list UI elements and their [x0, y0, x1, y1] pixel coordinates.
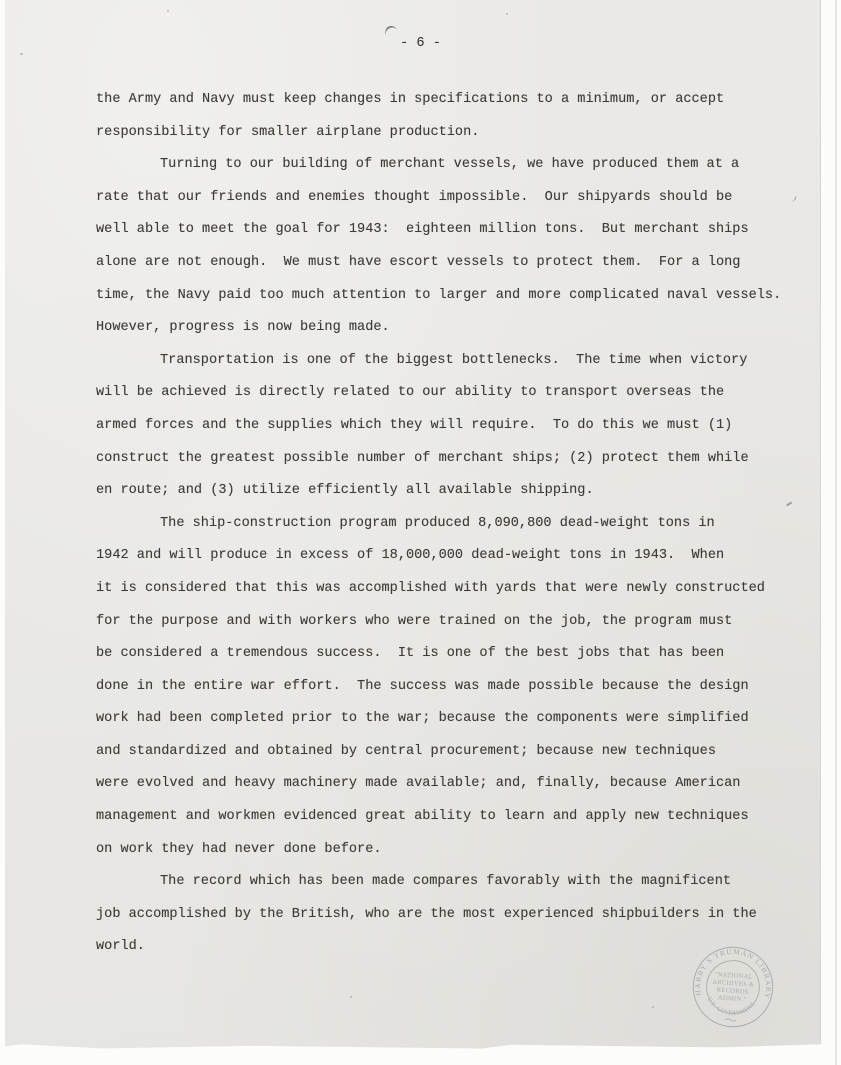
stamp-svg: HARRY S TRUMAN LIBRARY U.S. GOVERNMENT "… [685, 939, 781, 1035]
text-line: responsibility for smaller airplane prod… [96, 117, 806, 150]
text-line: on work they had never done before. [96, 834, 806, 867]
text-line: and standardized and obtained by central… [96, 736, 806, 769]
paper-speck [167, 10, 169, 12]
stamp-center-line: ADMIN." [718, 994, 747, 1003]
stamp-squiggle-mark [725, 1019, 737, 1021]
text-line: it is considered that this was accomplis… [96, 573, 806, 606]
text-line: will be achieved is directly related to … [96, 377, 806, 410]
text-line: well able to meet the goal for 1943: eig… [96, 214, 806, 247]
text-line: the Army and Navy must keep changes in s… [96, 84, 806, 117]
text-line: en route; and (3) utilize efficiently al… [96, 475, 806, 508]
text-line: time, the Navy paid too much attention t… [96, 280, 806, 313]
text-line: alone are not enough. We must have escor… [96, 247, 806, 280]
text-line: were evolved and heavy machinery made av… [96, 768, 806, 801]
paragraph: Transportation is one of the biggest bot… [96, 345, 806, 508]
document-body-text: the Army and Navy must keep changes in s… [96, 84, 806, 964]
paper-speck [652, 1006, 654, 1008]
text-line: work had been completed prior to the war… [96, 703, 806, 736]
text-line: Transportation is one of the biggest bot… [96, 345, 806, 378]
text-line: However, progress is now being made. [96, 312, 806, 345]
text-line: for the purpose and with workers who wer… [96, 606, 806, 639]
text-line: management and workmen evidenced great a… [96, 801, 806, 834]
text-line: construct the greatest possible number o… [96, 443, 806, 476]
text-line: The ship-construction program produced 8… [96, 508, 806, 541]
scanned-document-page: - 6 - the Army and Navy must keep change… [0, 0, 841, 1065]
paper-speck [506, 13, 508, 15]
text-line: The record which has been made compares … [96, 866, 806, 899]
paragraph: the Army and Navy must keep changes in s… [96, 84, 806, 149]
text-line: Turning to our building of merchant vess… [96, 149, 806, 182]
scanner-edge-streak [835, 0, 837, 1065]
text-line: job accomplished by the British, who are… [96, 899, 806, 932]
text-line: 1942 and will produce in excess of 18,00… [96, 540, 806, 573]
text-line: done in the entire war effort. The succe… [96, 671, 806, 704]
paper-speck [350, 996, 352, 998]
page-number: - 6 - [0, 36, 841, 51]
text-line: rate that our friends and enemies though… [96, 182, 806, 215]
paper-speck [20, 53, 23, 55]
text-line: armed forces and the supplies which they… [96, 410, 806, 443]
paragraph: Turning to our building of merchant vess… [96, 149, 806, 345]
paragraph: The ship-construction program produced 8… [96, 508, 806, 867]
text-line: be considered a tremendous success. It i… [96, 638, 806, 671]
truman-library-stamp: HARRY S TRUMAN LIBRARY U.S. GOVERNMENT "… [685, 939, 781, 1035]
